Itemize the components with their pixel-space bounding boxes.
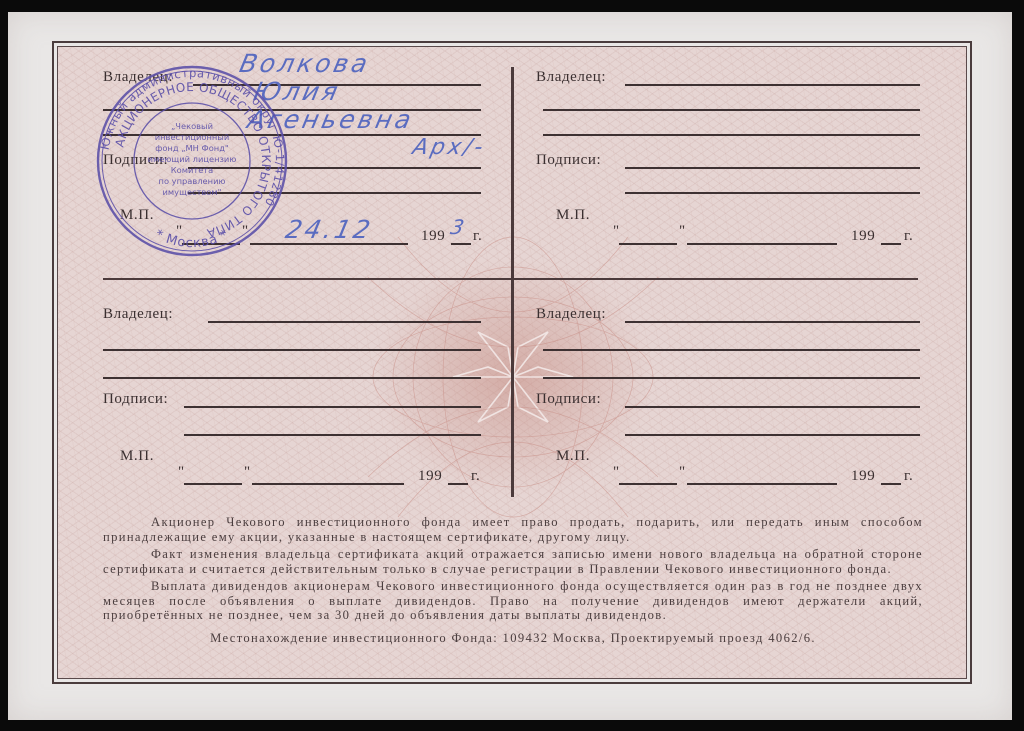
- round-seal-stamp-icon: Южный административный округ Ю-1/41280 А…: [94, 63, 290, 259]
- owner-line-1[interactable]: [208, 321, 481, 323]
- owner-line-1[interactable]: [625, 321, 920, 323]
- year-line[interactable]: [881, 243, 901, 245]
- stamp-center-line: имеющий лицензию: [148, 154, 237, 164]
- note-dividends: Выплата дивидендов акционерам Чекового и…: [103, 579, 923, 623]
- fund-address: Местонахождение инвестиционного Фонда: 1…: [103, 631, 923, 646]
- stamp-center-line: по управлению: [159, 176, 226, 186]
- owner-line-2[interactable]: [543, 109, 920, 111]
- transfer-block-bottom-left: Владелец: Подписи: М.П. " " 199 г.: [58, 287, 513, 507]
- quote-close: ": [679, 464, 686, 481]
- year-prefix: 199: [418, 468, 442, 485]
- owner-line-3[interactable]: [543, 134, 920, 136]
- stamp-center-line: инвестиционный: [155, 132, 230, 142]
- stamp-center-line: Комитета: [171, 165, 213, 175]
- owner-line-2[interactable]: [103, 349, 481, 351]
- quote-open: ": [613, 223, 620, 240]
- svg-text:* Москва *: * Москва *: [152, 227, 231, 251]
- year-line[interactable]: [881, 483, 901, 485]
- year-prefix: 199: [851, 228, 875, 245]
- year-suffix: г.: [904, 228, 913, 245]
- owner-line-2[interactable]: [543, 349, 920, 351]
- note-transfer-right: Акционер Чекового инвестиционного фонда …: [103, 515, 923, 544]
- note-ownership-change: Факт изменения владельца сертификата акц…: [103, 547, 923, 576]
- quote-open: ": [178, 464, 185, 481]
- year-suffix: г.: [473, 228, 482, 245]
- stamp-center-line: „Чековый: [171, 121, 213, 131]
- stamp-center-line: фонд „МН Фонд": [155, 143, 229, 153]
- owner-line-3[interactable]: [103, 377, 481, 379]
- signature-line-1[interactable]: [625, 406, 920, 408]
- transfer-block-bottom-right: Владелец: Подписи: М.П. " " 199 г.: [513, 287, 967, 507]
- signature-line-2[interactable]: [625, 434, 920, 436]
- seal-label: М.П.: [556, 448, 590, 465]
- handwritten-signature: Арх/-: [410, 135, 488, 160]
- year-line[interactable]: [451, 243, 471, 245]
- year-line[interactable]: [448, 483, 468, 485]
- month-line[interactable]: [687, 483, 837, 485]
- year-suffix: г.: [904, 468, 913, 485]
- legal-notes: Акционер Чекового инвестиционного фонда …: [103, 515, 923, 648]
- day-line[interactable]: [619, 483, 677, 485]
- owner-label: Владелец:: [536, 69, 606, 86]
- signature-line-1[interactable]: [184, 406, 481, 408]
- certificate-body: Владелец: Подписи: М.П. " " 199 г. Волко…: [57, 46, 967, 679]
- stamp-bottom-text: * Москва *: [152, 227, 231, 251]
- signature-line-1[interactable]: [625, 167, 920, 169]
- year-prefix: 199: [851, 468, 875, 485]
- day-line[interactable]: [619, 243, 677, 245]
- horizontal-divider: [103, 278, 918, 280]
- handwritten-date: 24.12: [283, 215, 376, 244]
- owner-line-3[interactable]: [543, 377, 920, 379]
- signature-line-2[interactable]: [184, 434, 481, 436]
- signatures-label: Подписи:: [536, 152, 601, 169]
- day-line[interactable]: [184, 483, 242, 485]
- transfer-block-top-right: Владелец: Подписи: М.П. " " 199 г.: [513, 47, 967, 277]
- owner-line-1[interactable]: [625, 84, 920, 86]
- seal-label: М.П.: [120, 448, 154, 465]
- owner-label: Владелец:: [536, 306, 606, 323]
- month-line[interactable]: [252, 483, 404, 485]
- signature-line-2[interactable]: [625, 192, 920, 194]
- year-prefix: 199: [421, 228, 445, 245]
- owner-label: Владелец:: [103, 306, 173, 323]
- quote-close: ": [244, 464, 251, 481]
- quote-open: ": [613, 464, 620, 481]
- seal-label: М.П.: [556, 207, 590, 224]
- signatures-label: Подписи:: [536, 391, 601, 408]
- quote-close: ": [679, 223, 686, 240]
- month-line[interactable]: [687, 243, 837, 245]
- signatures-label: Подписи:: [103, 391, 168, 408]
- stamp-center-line: имуществом": [163, 187, 222, 197]
- year-suffix: г.: [471, 468, 480, 485]
